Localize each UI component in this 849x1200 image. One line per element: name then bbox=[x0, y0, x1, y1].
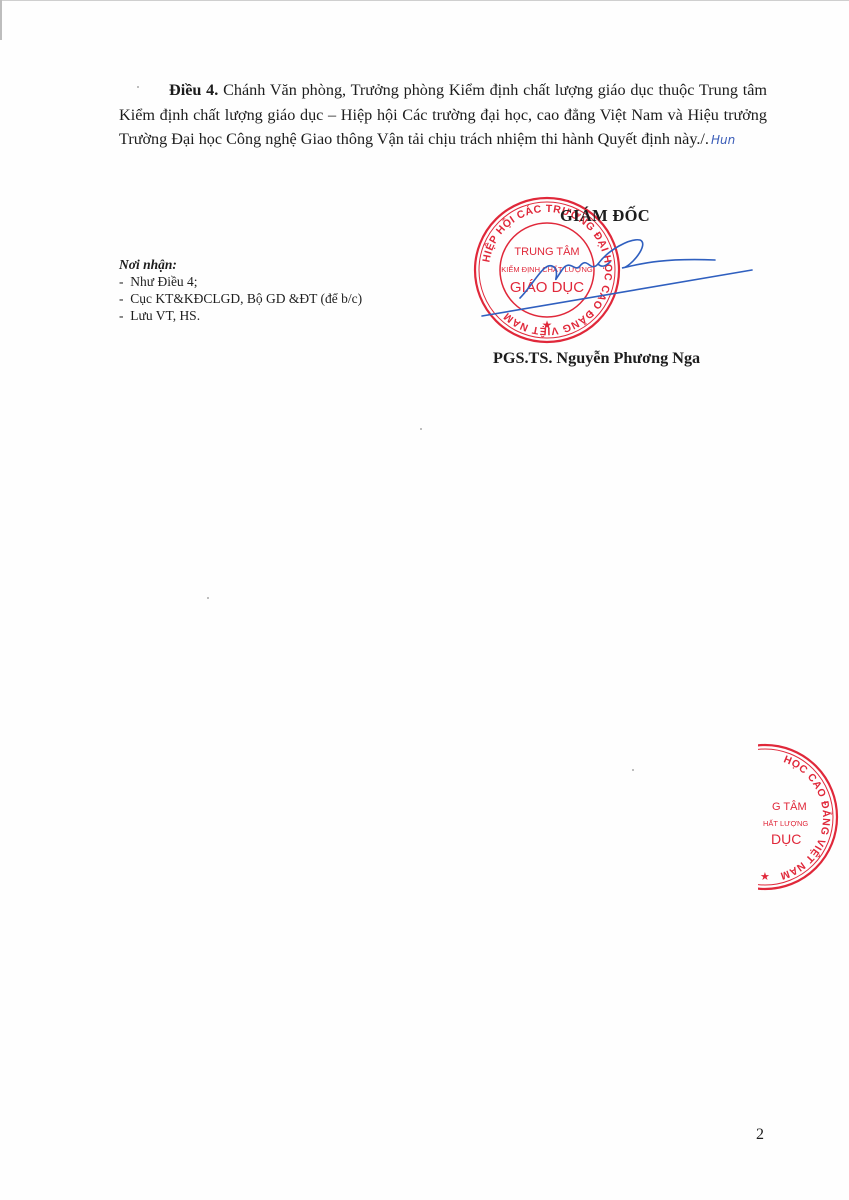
edge-stamp-outer-text: HỌC CAO ĐẲNG VIỆT NAM bbox=[778, 753, 833, 882]
edge-seal-stamp: HỌC CAO ĐẲNG VIỆT NAM G TÂM HẤT LƯỢNG DỤ… bbox=[680, 742, 849, 892]
recipient-item: Lưu VT, HS. bbox=[119, 307, 362, 324]
recipients-title: Nơi nhận: bbox=[119, 256, 362, 273]
page-number: 2 bbox=[756, 1126, 764, 1144]
scan-speck bbox=[632, 769, 634, 771]
handwritten-initials: Hun bbox=[711, 133, 735, 147]
svg-text:HỌC CAO ĐẲNG VIỆT NAM: HỌC CAO ĐẲNG VIỆT NAM bbox=[778, 753, 833, 882]
scan-speck bbox=[207, 597, 209, 599]
recipients-list: Như Điều 4; Cục KT&KĐCLGD, Bộ GD &ĐT (để… bbox=[119, 273, 362, 324]
recipients-block: Nơi nhận: Như Điều 4; Cục KT&KĐCLGD, Bộ … bbox=[119, 256, 362, 324]
signer-name: PGS.TS. Nguyễn Phương Nga bbox=[493, 349, 700, 368]
scan-speck bbox=[420, 428, 422, 430]
recipient-item: Như Điều 4; bbox=[119, 273, 362, 290]
edge-stamp-line-2: HẤT LƯỢNG bbox=[763, 818, 808, 828]
edge-stamp-line-3: DỤC bbox=[771, 831, 801, 847]
handwritten-signature bbox=[480, 228, 760, 328]
scan-edge-top bbox=[0, 0, 849, 1]
article-4-paragraph: Điều 4. Chánh Văn phòng, Trưởng phòng Ki… bbox=[119, 78, 767, 153]
scan-edge-left bbox=[0, 0, 2, 40]
document-page: Điều 4. Chánh Văn phòng, Trưởng phòng Ki… bbox=[0, 0, 849, 1200]
signer-title: GIÁM ĐỐC bbox=[560, 206, 650, 226]
recipient-item: Cục KT&KĐCLGD, Bộ GD &ĐT (để b/c) bbox=[119, 290, 362, 307]
edge-stamp-star-icon: ★ bbox=[760, 871, 770, 883]
edge-stamp-line-1: G TÂM bbox=[772, 800, 807, 813]
article-label: Điều 4. bbox=[169, 81, 218, 99]
